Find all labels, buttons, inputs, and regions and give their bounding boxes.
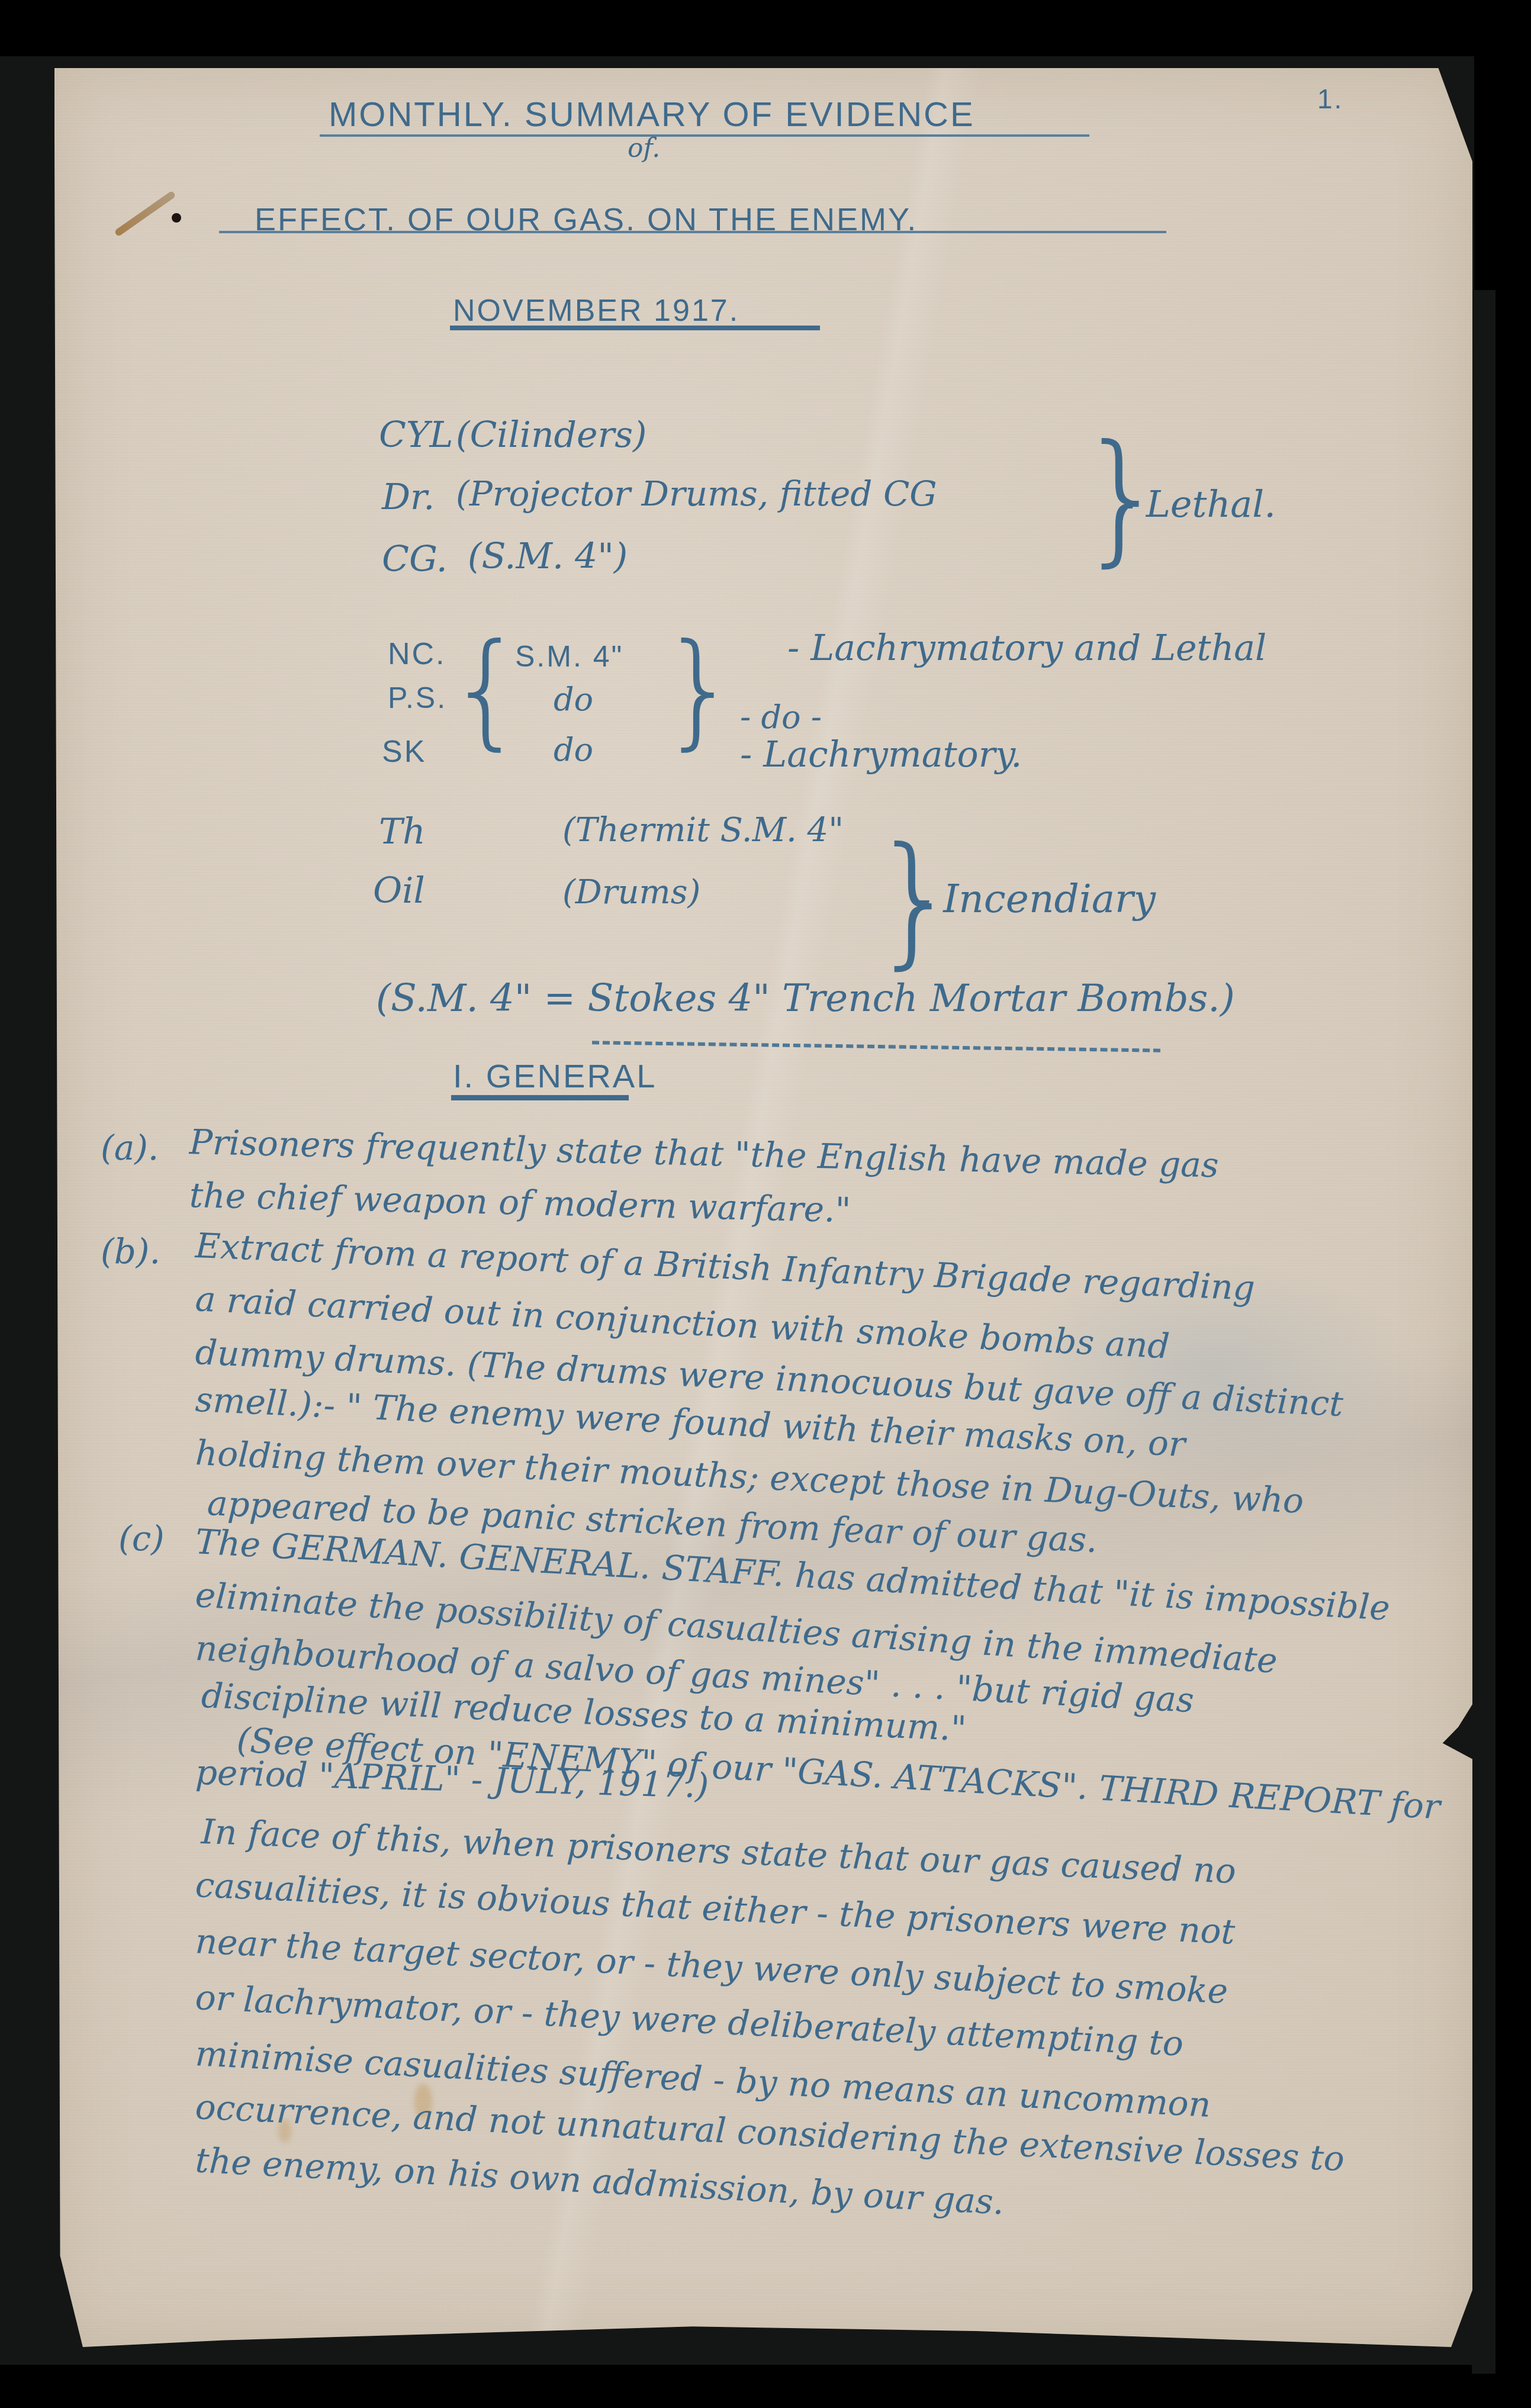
legend-abbr: P.S.	[388, 681, 447, 715]
document-date: NOVEMBER 1917.	[453, 293, 739, 329]
legend-abbr: Oil	[373, 870, 425, 912]
legend-abbr: CG.	[382, 539, 448, 580]
legend-effect: - Lachrymatory and Lethal	[787, 627, 1266, 669]
legend-effect: - Lachrymatory.	[740, 734, 1022, 775]
item-label: (c)	[118, 1518, 165, 1559]
pin-hole	[172, 213, 181, 223]
legend-desc: (Drums)	[562, 873, 700, 912]
legend-desc: do	[554, 731, 593, 768]
document-title: MONTHLY. SUMMARY OF EVIDENCE	[329, 95, 975, 134]
item-label: (b).	[101, 1231, 160, 1271]
page-number: 1.	[1317, 83, 1343, 115]
legend-abbr: SK	[382, 734, 426, 770]
legend-abbr: CYL	[379, 414, 453, 456]
legend-effect: - do -	[740, 698, 822, 736]
legend-classification: - Incendiary	[918, 876, 1156, 922]
legend-desc: do	[554, 681, 593, 718]
legend-abbr: NC.	[388, 636, 446, 672]
date-underline	[450, 326, 820, 330]
right-brace-icon: }	[660, 627, 739, 752]
left-brace-icon: {	[447, 627, 526, 752]
item-label: (a).	[101, 1128, 159, 1168]
subtitle-underline	[219, 231, 1166, 233]
scan-edge-strip	[1472, 290, 1495, 2374]
section-heading: I. GENERAL	[453, 1057, 657, 1095]
legend-desc: (Cilinders)	[456, 414, 647, 456]
legend-desc: (S.M. 4")	[468, 536, 628, 577]
legend-desc: (Projector Drums, fitted CG	[456, 474, 937, 514]
title-underline	[320, 134, 1089, 137]
legend-note: (S.M. 4" = Stokes 4" Trench Mortar Bombs…	[376, 977, 1235, 1020]
legend-desc: (Thermit S.M. 4"	[562, 811, 844, 849]
title-connector: of.	[628, 133, 660, 163]
section-heading-underline	[451, 1095, 629, 1100]
legend-desc: S.M. 4"	[515, 639, 623, 674]
legend-abbr: Dr.	[382, 477, 435, 518]
legend-classification: - Lethal.	[1122, 482, 1276, 526]
legend-abbr: Th	[379, 811, 426, 852]
